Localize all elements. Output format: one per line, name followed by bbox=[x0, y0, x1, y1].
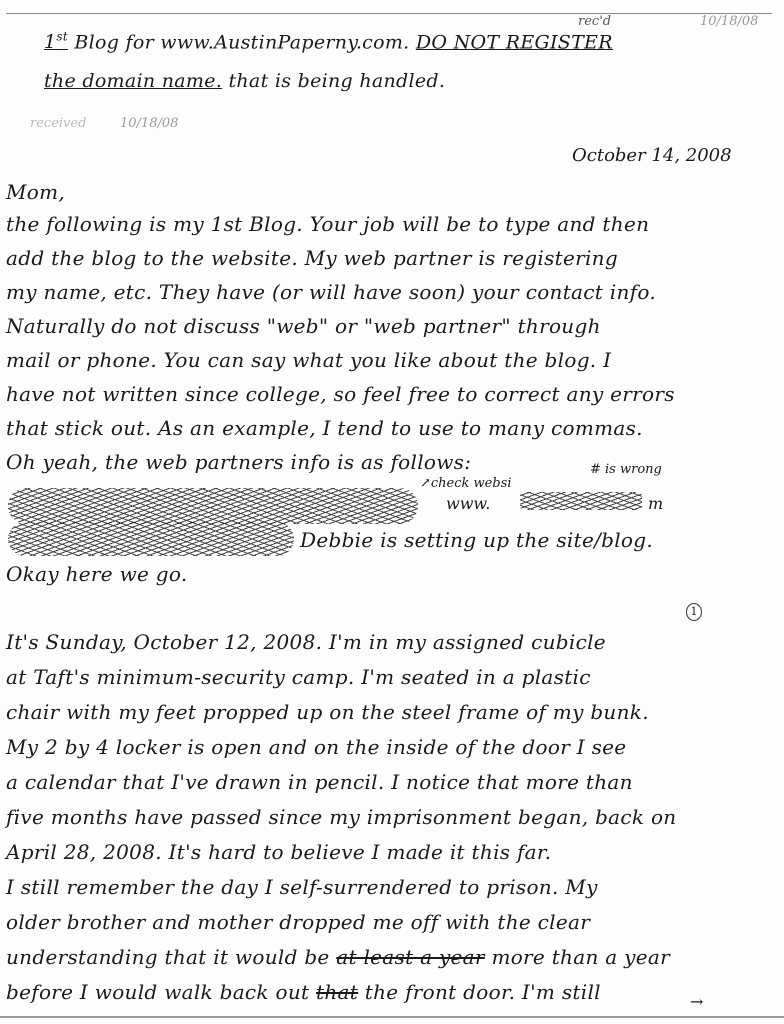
letter-date: October 14, 2008 bbox=[572, 145, 732, 166]
blog-line: My 2 by 4 locker is open and on the insi… bbox=[6, 735, 626, 759]
header-being-handled: that is being handled. bbox=[222, 70, 445, 92]
redacted-url-prefix: www. bbox=[446, 494, 490, 513]
letter-line: Oh yeah, the web partners info is as fol… bbox=[6, 450, 471, 474]
margin-note-check-website: ↗check websi bbox=[420, 476, 512, 491]
received-date: 10/18/08 bbox=[700, 14, 758, 29]
continue-arrow-icon: → bbox=[690, 992, 703, 1011]
blog-line: five months have passed since my impriso… bbox=[6, 805, 677, 829]
closing-line: Okay here we go. bbox=[6, 562, 188, 586]
blog-line: at Taft's minimum-security camp. I'm sea… bbox=[6, 665, 591, 689]
header-blog-for: Blog for www.AustinPaperny.com. bbox=[68, 31, 410, 53]
blog-line-before: before I would walk back out that the fr… bbox=[6, 980, 601, 1004]
received-label: rec'd bbox=[578, 14, 611, 29]
letter-line: Naturally do not discuss "web" or "web p… bbox=[6, 314, 601, 338]
debbie-setup-line: Debbie is setting up the site/blog. bbox=[300, 528, 653, 552]
blog-line: I still remember the day I self-surrende… bbox=[6, 875, 598, 899]
handwritten-letter-page: 1st Blog for www.AustinPaperny.com. DO N… bbox=[0, 0, 784, 1024]
page-number-circled: 1 bbox=[686, 603, 702, 621]
struck-text-at-least-a-year: at least a year bbox=[336, 945, 485, 969]
page-top-rule bbox=[6, 13, 772, 14]
faint-stamp-label: received bbox=[30, 116, 86, 131]
blog-line: chair with my feet propped up on the ste… bbox=[6, 700, 649, 724]
letter-line: mail or phone. You can say what you like… bbox=[6, 348, 611, 372]
margin-note-number-wrong: # is wrong bbox=[590, 462, 662, 477]
page-bottom-rule bbox=[0, 1016, 784, 1018]
header-domain-name: the domain name. bbox=[44, 70, 222, 92]
letter-line: have not written since college, so feel … bbox=[6, 382, 675, 406]
salutation: Mom, bbox=[6, 180, 65, 204]
header-note-line-2: the domain name. that is being handled. bbox=[44, 70, 445, 92]
header-do-not-register: DO NOT REGISTER bbox=[416, 31, 613, 53]
letter-line: that stick out. As an example, I tend to… bbox=[6, 416, 643, 440]
redaction-scribble-1 bbox=[8, 488, 418, 524]
letter-line: the following is my 1st Blog. Your job w… bbox=[6, 212, 649, 236]
redaction-scribble-url bbox=[520, 492, 642, 510]
blog-line-understanding: understanding that it would be at least … bbox=[6, 945, 670, 969]
blog-line: a calendar that I've drawn in pencil. I … bbox=[6, 770, 633, 794]
header-ordinal: 1st bbox=[44, 31, 68, 53]
header-note-line-1: 1st Blog for www.AustinPaperny.com. DO N… bbox=[44, 30, 613, 53]
letter-line: add the blog to the website. My web part… bbox=[6, 246, 618, 270]
faint-stamp-date: 10/18/08 bbox=[120, 116, 178, 131]
blog-line: older brother and mother dropped me off … bbox=[6, 910, 590, 934]
letter-line: my name, etc. They have (or will have so… bbox=[6, 280, 656, 304]
blog-line: April 28, 2008. It's hard to believe I m… bbox=[6, 840, 551, 864]
blog-line: It's Sunday, October 12, 2008. I'm in my… bbox=[6, 630, 606, 654]
redaction-scribble-2 bbox=[8, 522, 294, 556]
struck-text-that: that bbox=[316, 980, 358, 1004]
redacted-url-suffix: m bbox=[648, 494, 663, 513]
